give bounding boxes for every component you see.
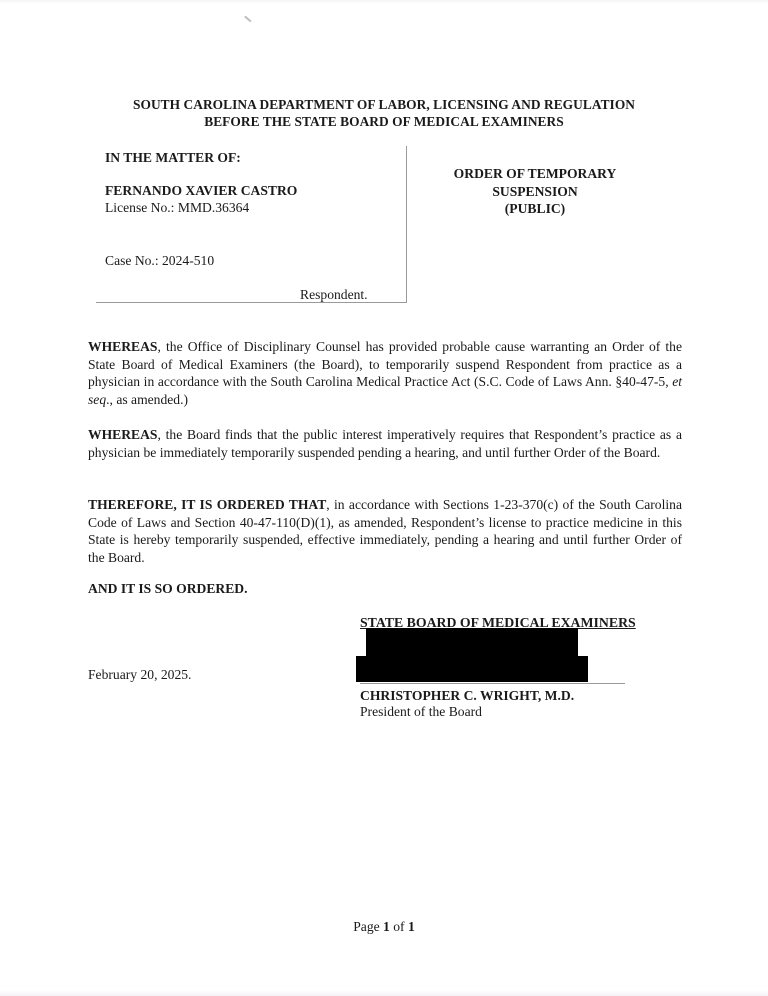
signer-title: President of the Board <box>360 704 482 720</box>
redaction-block <box>366 628 578 658</box>
page-current: 1 <box>383 919 390 934</box>
order-title-line-2: SUSPENSION <box>420 183 650 201</box>
license-number: License No.: MMD.36364 <box>105 200 249 216</box>
header-agency: SOUTH CAROLINA DEPARTMENT OF LABOR, LICE… <box>60 96 708 113</box>
paragraph-whereas-1: WHEREAS, the Office of Disciplinary Coun… <box>88 338 682 408</box>
page-middle: of <box>390 919 408 934</box>
order-title-line-1: ORDER OF TEMPORARY <box>420 165 650 183</box>
paragraph-therefore: THEREFORE, IT IS ORDERED THAT, in accord… <box>88 496 682 566</box>
respondent-name: FERNANDO XAVIER CASTRO <box>105 183 297 199</box>
paragraph-lead: WHEREAS <box>88 427 158 442</box>
case-caption-box <box>96 146 407 303</box>
page-prefix: Page <box>353 919 383 934</box>
matter-label: IN THE MATTER OF: <box>105 150 241 166</box>
paragraph-lead: WHEREAS <box>88 339 158 354</box>
paragraph-text-end: ., as amended.) <box>106 392 188 407</box>
signature-line <box>360 683 625 684</box>
respondent-label: Respondent. <box>300 287 368 303</box>
scan-edge-bottom <box>0 990 768 996</box>
case-number: Case No.: 2024-510 <box>105 253 214 269</box>
redaction-block <box>356 656 588 682</box>
paragraph-whereas-2: WHEREAS, the Board finds that the public… <box>88 426 682 461</box>
signer-name: CHRISTOPHER C. WRIGHT, M.D. <box>360 688 574 704</box>
scan-mark <box>244 16 251 22</box>
order-title-line-3: (PUBLIC) <box>420 200 650 218</box>
document-header: SOUTH CAROLINA DEPARTMENT OF LABOR, LICE… <box>60 96 708 130</box>
paragraph-lead: THEREFORE, IT IS ORDERED THAT <box>88 497 326 512</box>
order-title: ORDER OF TEMPORARY SUSPENSION (PUBLIC) <box>420 165 650 218</box>
page-number: Page 1 of 1 <box>0 919 768 935</box>
order-date: February 20, 2025. <box>88 667 191 683</box>
so-ordered-statement: AND IT IS SO ORDERED. <box>88 581 248 597</box>
scan-edge-top <box>0 0 768 4</box>
paragraph-text: , the Board finds that the public intere… <box>88 427 682 460</box>
page-total: 1 <box>408 919 415 934</box>
header-board: BEFORE THE STATE BOARD OF MEDICAL EXAMIN… <box>60 113 708 130</box>
paragraph-text: , the Office of Disciplinary Counsel has… <box>88 339 682 389</box>
